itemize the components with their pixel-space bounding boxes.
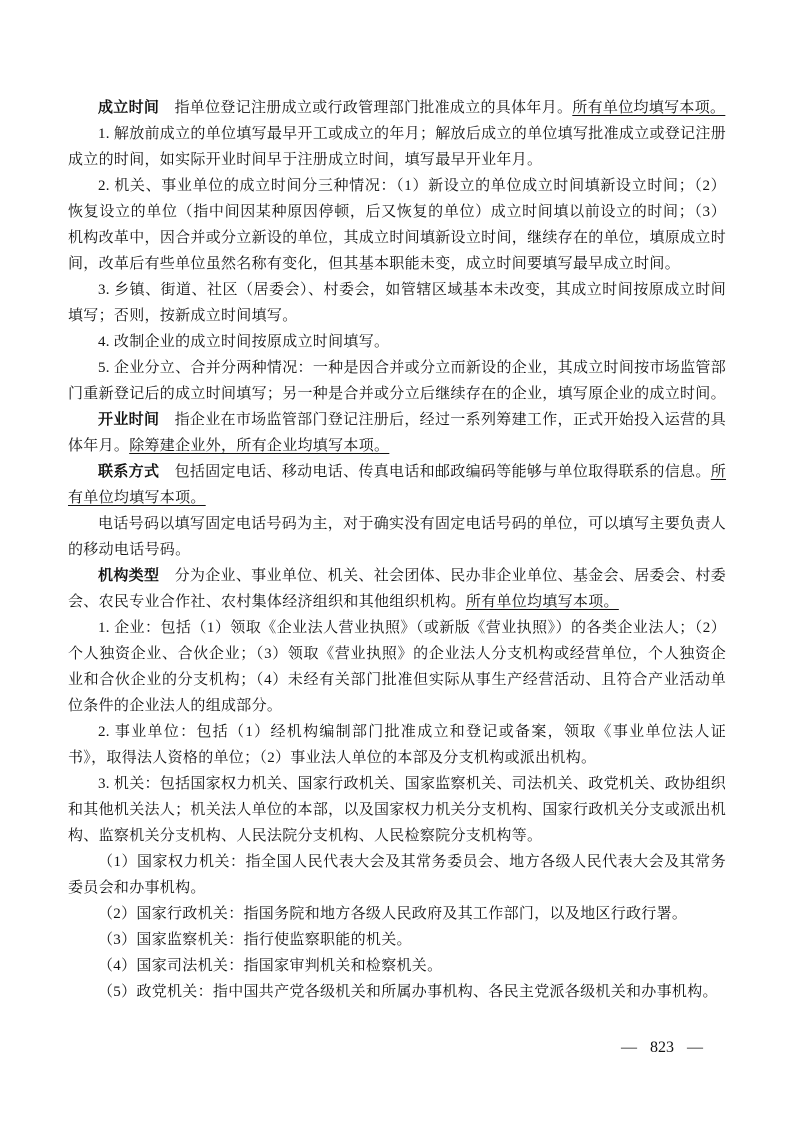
organ-2-xingzheng-jiguan: （2）国家行政机关：指国务院和地方各级人民政府及其工作部门，以及地区行政行署。 [68,901,726,927]
page-footer: —823— [621,1038,703,1058]
item-1-jiefang: 1. 解放前成立的单位填写最早开工或成立的年月；解放后成立的单位填写批准成立或登… [68,121,726,173]
required-note: 所有单位均填写本项。 [466,594,619,610]
paragraph-text: （4）国家司法机关：指国家审判机关和检察机关。 [98,958,442,974]
definition-kaiye-shijian: 开业时间 指企业在市场监管部门登记注册后，经过一系列筹建工作，正式开始投入运营的… [68,407,726,459]
page-body: 成立时间 指单位登记注册成立或行政管理部门批准成立的具体年月。所有单位均填写本项… [68,95,726,1005]
paragraph-text: 电话号码以填写固定电话号码为主，对于确实没有固定电话号码的单位，可以填写主要负责… [68,516,726,558]
definition-jigou-leixing: 机构类型 分为企业、事业单位、机关、社会团体、民办非企业单位、基金会、居委会、村… [68,563,726,615]
paragraph-text: （1）国家权力机关：指全国人民代表大会及其常务委员会、地方各级人民代表大会及其常… [68,854,726,896]
item-4-gaizhi: 4. 改制企业的成立时间按原成立时间填写。 [68,329,726,355]
term-label: 联系方式 [98,464,159,480]
item-3-xiangzhen: 3. 乡镇、街道、社区（居委会）、村委会，如管辖区域基本未改变，其成立时间按原成… [68,277,726,329]
required-note: 除筹建企业外，所有企业均填写本项。 [129,438,389,454]
footer-dash-left: — [621,1039,637,1056]
paragraph-text: 2. 机关、事业单位的成立时间分三种情况：（1）新设立的单位成立时间填新设立时间… [68,178,726,272]
paragraph-text: 4. 改制企业的成立时间按原成立时间填写。 [98,334,389,350]
term-label: 开业时间 [98,412,159,428]
paragraph-text: 2. 事业单位：包括（1）经机构编制部门批准成立和登记或备案，领取《事业单位法人… [68,724,726,766]
paragraph-text: （5）政党机关：指中国共产党各级机关和所属办事机构、各民主党派各级机关和办事机构… [98,984,718,1000]
item-2-jiguan-shiye: 2. 机关、事业单位的成立时间分三种情况：（1）新设立的单位成立时间填新设立时间… [68,173,726,277]
term-label: 机构类型 [98,568,159,584]
type-1-qiye: 1. 企业：包括（1）领取《企业法人营业执照》（或新版《营业执照》）的各类企业法… [68,615,726,719]
page-number: 823 [650,1039,674,1056]
type-3-jiguan: 3. 机关：包括国家权力机关、国家行政机关、国家监察机关、司法机关、政党机关、政… [68,771,726,849]
note-dianhua-haoma: 电话号码以填写固定电话号码为主，对于确实没有固定电话号码的单位，可以填写主要负责… [68,511,726,563]
definition-text: 分为企业、事业单位、机关、社会团体、民办非企业单位、基金会、居委会、村委会、农民… [68,568,726,610]
definition-lianxi-fangshi: 联系方式 包括固定电话、移动电话、传真电话和邮政编码等能够与单位取得联系的信息。… [68,459,726,511]
definition-chengli-shijian: 成立时间 指单位登记注册成立或行政管理部门批准成立的具体年月。所有单位均填写本项… [68,95,726,121]
paragraph-text: 3. 机关：包括国家权力机关、国家行政机关、国家监察机关、司法机关、政党机关、政… [68,776,726,844]
organ-3-jiancha-jiguan: （3）国家监察机关：指行使监察职能的机关。 [68,927,726,953]
organ-1-quanli-jiguan: （1）国家权力机关：指全国人民代表大会及其常务委员会、地方各级人民代表大会及其常… [68,849,726,901]
item-5-fenli-hebing: 5. 企业分立、合并分两种情况：一种是因合并或分立而新设的企业，其成立时间按市场… [68,355,726,407]
organ-5-zhengdang-jiguan: （5）政党机关：指中国共产党各级机关和所属办事机构、各民主党派各级机关和办事机构… [68,979,726,1005]
organ-4-sifa-jiguan: （4）国家司法机关：指国家审判机关和检察机关。 [68,953,726,979]
paragraph-text: （2）国家行政机关：指国务院和地方各级人民政府及其工作部门，以及地区行政行署。 [98,906,687,922]
paragraph-text: 1. 解放前成立的单位填写最早开工或成立的年月；解放后成立的单位填写批准成立或登… [68,126,726,168]
term-label: 成立时间 [98,100,159,116]
footer-dash-right: — [687,1039,703,1056]
paragraph-text: 1. 企业：包括（1）领取《企业法人营业执照》（或新版《营业执照》）的各类企业法… [68,620,726,714]
paragraph-text: 3. 乡镇、街道、社区（居委会）、村委会，如管辖区域基本未改变，其成立时间按原成… [68,282,726,324]
required-note: 所有单位均填写本项。 [572,100,725,116]
definition-text: 指单位登记注册成立或行政管理部门批准成立的具体年月。 [159,100,572,116]
paragraph-text: （3）国家监察机关：指行使监察职能的机关。 [98,932,412,948]
definition-text: 包括固定电话、移动电话、传真电话和邮政编码等能够与单位取得联系的信息。 [159,464,710,480]
paragraph-text: 5. 企业分立、合并分两种情况：一种是因合并或分立而新设的企业，其成立时间按市场… [68,360,726,402]
type-2-shiye-danwei: 2. 事业单位：包括（1）经机构编制部门批准成立和登记或备案，领取《事业单位法人… [68,719,726,771]
